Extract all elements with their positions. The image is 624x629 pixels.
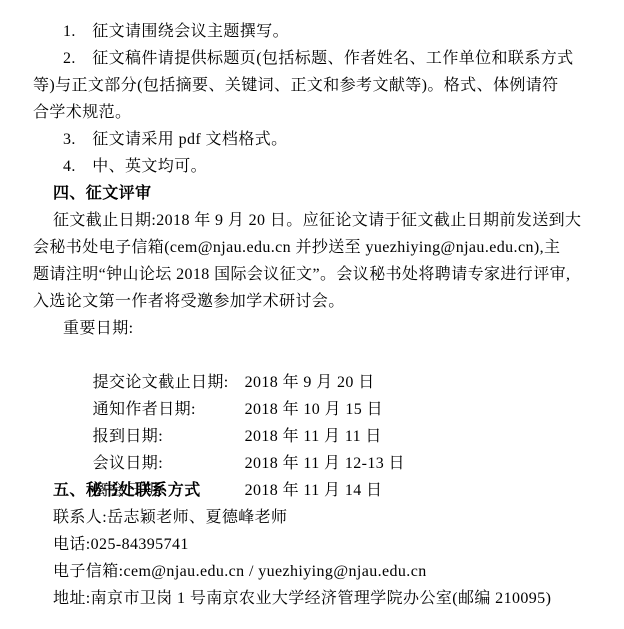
review-para-line4: 入选论文第一作者将受邀参加学术研讨会。 (33, 288, 594, 315)
date-value: 2018 年 11 月 11 日 (245, 428, 382, 445)
date-label: 会议日期: (93, 450, 245, 477)
date-value: 2018 年 9 月 20 日 (245, 374, 375, 391)
date-label: 通知作者日期: (93, 396, 245, 423)
date-value: 2018 年 11 月 14 日 (245, 482, 383, 499)
contact-address-line: 地址:南京市卫岗 1 号南京农业大学经济管理学院办公室(邮编 210095) (33, 585, 594, 612)
rule-item-4: 4. 中、英文均可。 (33, 153, 594, 180)
section-heading-review: 四、征文评审 (33, 180, 594, 207)
review-para-line1: 征文截止日期:2018 年 9 月 20 日。应征论文请于征文截止日期前发送到大 (33, 207, 594, 234)
date-label: 提交论文截止日期: (93, 369, 245, 396)
date-label: 报到日期: (93, 423, 245, 450)
rule-item-2-line2: 等)与正文部分(包括摘要、关键词、正文和参考文献等)。格式、体例请符 (33, 72, 594, 99)
review-para-line2: 会秘书处电子信箱(cem@njau.edu.cn 并抄送至 yuezhiying… (33, 234, 594, 261)
rule-item-2-line3: 合学术规范。 (33, 99, 594, 126)
important-dates-label: 重要日期: (33, 315, 594, 342)
rule-item-3: 3. 征文请采用 pdf 文档格式。 (33, 126, 594, 153)
date-value: 2018 年 11 月 12-13 日 (245, 455, 405, 472)
rule-item-1: 1. 征文请围绕会议主题撰写。 (33, 18, 594, 45)
review-para-line3: 题请注明“钟山论坛 2018 国际会议征文”。会议秘书处将聘请专家进行评审, (33, 261, 594, 288)
date-row-submission-deadline: 提交论文截止日期:2018 年 9 月 20 日 (33, 342, 594, 369)
date-value: 2018 年 10 月 15 日 (245, 401, 383, 418)
contact-person-line: 联系人:岳志颖老师、夏德峰老师 (33, 504, 594, 531)
contact-email-line: 电子信箱:cem@njau.edu.cn / yuezhiying@njau.e… (33, 558, 594, 585)
contact-phone-line: 电话:025-84395741 (33, 531, 594, 558)
document-page: 1. 征文请围绕会议主题撰写。 2. 征文稿件请提供标题页(包括标题、作者姓名、… (0, 0, 624, 629)
rule-item-2-line1: 2. 征文稿件请提供标题页(包括标题、作者姓名、工作单位和联系方式 (33, 45, 594, 72)
